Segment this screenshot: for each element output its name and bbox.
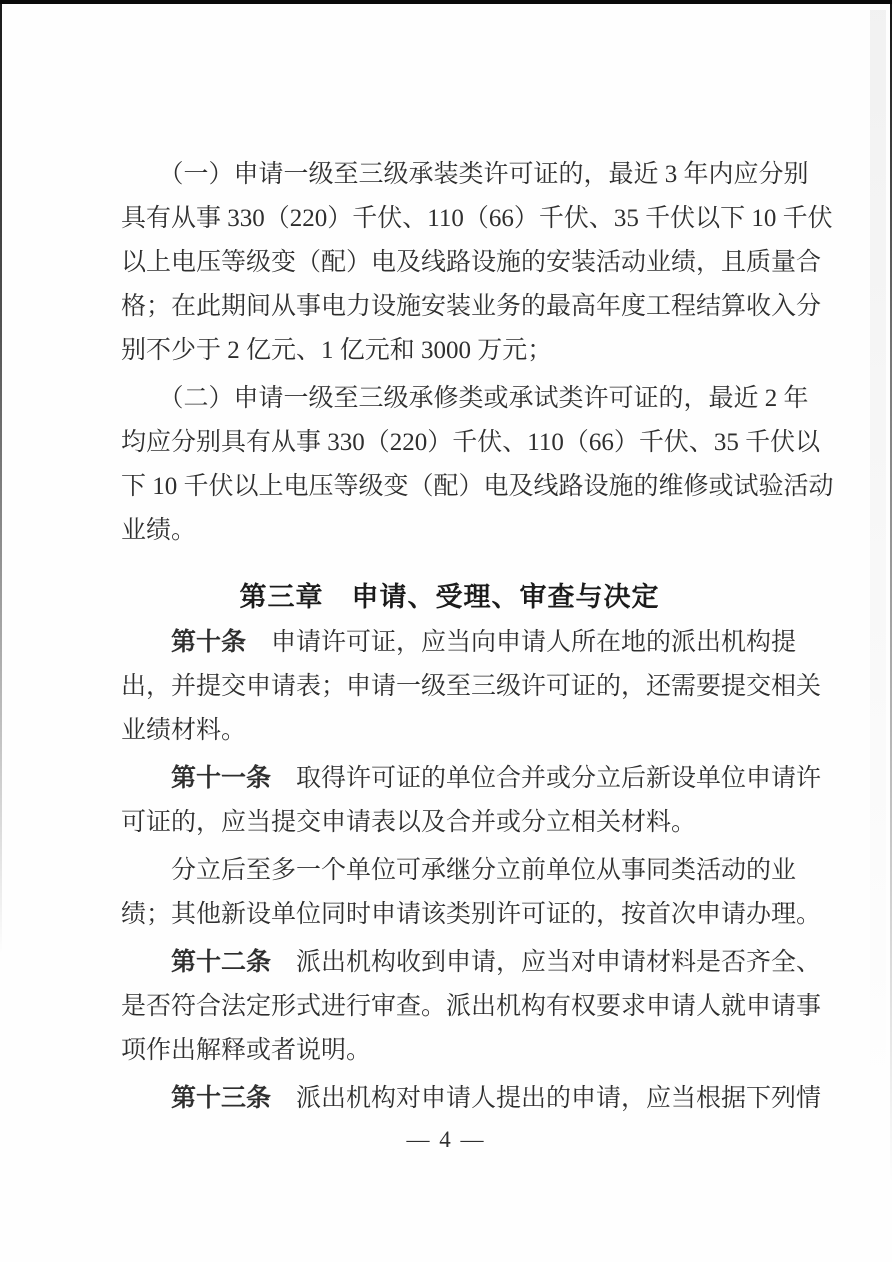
text-segment: 均应分别具有从事 330（220）千伏、110（66）千伏、35 千伏以: [121, 429, 820, 456]
text-line: 业绩。: [121, 509, 778, 553]
article-number: 第十一条: [171, 765, 271, 792]
document-page: （一）申请一级至三级承装类许可证的，最近 3 年内应分别具有从事 330（220…: [0, 0, 892, 1262]
text-line: 项作出解释或者说明。: [121, 1029, 778, 1073]
text-line: 别不少于 2 亿元、1 亿元和 3000 万元；: [121, 329, 778, 373]
text-segment: 绩；其他新设单位同时申请该类别许可证的，按首次申请办理。: [121, 901, 821, 928]
paragraph: 第十二条 派出机构收到申请，应当对申请材料是否齐全、是否符合法定形式进行审查。派…: [121, 941, 778, 1073]
text-segment: 格；在此期间从事电力设施安装业务的最高年度工程结算收入分: [121, 293, 821, 320]
text-line: 第十条 申请许可证，应当向申请人所在地的派出机构提: [121, 621, 778, 665]
text-line: 是否符合法定形式进行审查。派出机构有权要求申请人就申请事: [121, 985, 778, 1029]
scan-edge-shadow: [870, 10, 886, 1110]
text-segment: 取得许可证的单位合并或分立后新设单位申请许: [271, 765, 821, 792]
text-line: 第十一条 取得许可证的单位合并或分立后新设单位申请许: [121, 757, 778, 801]
scan-edge-top: [0, 0, 892, 4]
text-segment: 别不少于 2 亿元、1 亿元和 3000 万元；: [121, 337, 552, 364]
text-line: 具有从事 330（220）千伏、110（66）千伏、35 千伏以下 10 千伏: [121, 197, 778, 241]
text-segment: [121, 629, 171, 656]
text-line: 可证的，应当提交申请表以及合并或分立相关材料。: [121, 801, 778, 845]
text-segment: 是否符合法定形式进行审查。派出机构有权要求申请人就申请事: [121, 993, 821, 1020]
text-segment: 派出机构对申请人提出的申请，应当根据下列情: [271, 1085, 821, 1112]
text-segment: （二）申请一级至三级承修类或承试类许可证的，最近 2 年: [121, 385, 809, 412]
article-number: 第十三条: [171, 1085, 271, 1112]
paragraph: 第十条 申请许可证，应当向申请人所在地的派出机构提出，并提交申请表；申请一级至三…: [121, 621, 778, 753]
text-line: 分立后至多一个单位可承继分立前单位从事同类活动的业: [121, 849, 778, 893]
text-line: 第十三条 派出机构对申请人提出的申请，应当根据下列情: [121, 1077, 778, 1121]
chapter-heading: 第三章 申请、受理、审查与决定: [121, 573, 778, 621]
scan-edge-left: [0, 4, 2, 954]
paragraph: （一）申请一级至三级承装类许可证的，最近 3 年内应分别具有从事 330（220…: [121, 153, 778, 373]
text-line: （二）申请一级至三级承修类或承试类许可证的，最近 2 年: [121, 377, 778, 421]
text-segment: [121, 949, 171, 976]
text-line: 格；在此期间从事电力设施安装业务的最高年度工程结算收入分: [121, 285, 778, 329]
text-line: 出，并提交申请表；申请一级至三级许可证的，还需要提交相关: [121, 665, 778, 709]
page-content: （一）申请一级至三级承装类许可证的，最近 3 年内应分别具有从事 330（220…: [121, 153, 778, 1125]
text-segment: （一）申请一级至三级承装类许可证的，最近 3 年内应分别: [121, 161, 809, 188]
text-segment: 申请许可证，应当向申请人所在地的派出机构提: [246, 629, 796, 656]
text-segment: 分立后至多一个单位可承继分立前单位从事同类活动的业: [121, 857, 796, 884]
text-segment: 以上电压等级变（配）电及线路设施的安装活动业绩，且质量合: [121, 249, 821, 276]
text-segment: 业绩。: [121, 517, 196, 544]
paragraph: 第十一条 取得许可证的单位合并或分立后新设单位申请许可证的，应当提交申请表以及合…: [121, 757, 778, 845]
text-segment: [121, 1085, 171, 1112]
text-segment: 具有从事 330（220）千伏、110（66）千伏、35 千伏以下 10 千伏: [121, 205, 833, 232]
text-line: 下 10 千伏以上电压等级变（配）电及线路设施的维修或试验活动: [121, 465, 778, 509]
paragraph: 第十三条 派出机构对申请人提出的申请，应当根据下列情: [121, 1077, 778, 1121]
text-segment: 项作出解释或者说明。: [121, 1037, 371, 1064]
text-line: 第十二条 派出机构收到申请，应当对申请材料是否齐全、: [121, 941, 778, 985]
article-number: 第十条: [171, 629, 246, 656]
text-segment: [121, 765, 171, 792]
text-segment: 出，并提交申请表；申请一级至三级许可证的，还需要提交相关: [121, 673, 821, 700]
text-line: （一）申请一级至三级承装类许可证的，最近 3 年内应分别: [121, 153, 778, 197]
paragraph: （二）申请一级至三级承修类或承试类许可证的，最近 2 年均应分别具有从事 330…: [121, 377, 778, 553]
text-line: 以上电压等级变（配）电及线路设施的安装活动业绩，且质量合: [121, 241, 778, 285]
page-number: — 4 —: [0, 1120, 892, 1160]
text-line: 业绩材料。: [121, 709, 778, 753]
text-segment: 派出机构收到申请，应当对申请材料是否齐全、: [271, 949, 821, 976]
article-number: 第十二条: [171, 949, 271, 976]
paragraph: 分立后至多一个单位可承继分立前单位从事同类活动的业绩；其他新设单位同时申请该类别…: [121, 849, 778, 937]
text-segment: 业绩材料。: [121, 717, 246, 744]
text-segment: 可证的，应当提交申请表以及合并或分立相关材料。: [121, 809, 696, 836]
text-segment: 下 10 千伏以上电压等级变（配）电及线路设施的维修或试验活动: [121, 473, 834, 500]
text-line: 绩；其他新设单位同时申请该类别许可证的，按首次申请办理。: [121, 893, 778, 937]
text-line: 均应分别具有从事 330（220）千伏、110（66）千伏、35 千伏以: [121, 421, 778, 465]
